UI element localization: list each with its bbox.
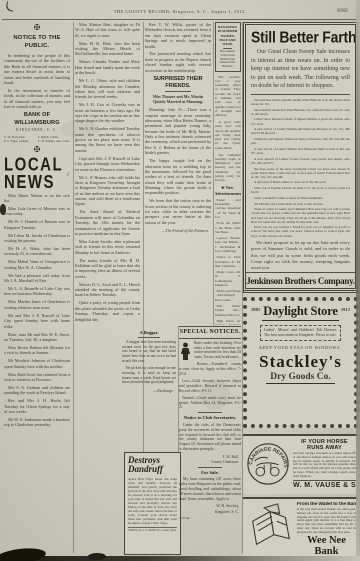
club-notice-signature2: County Chairman. bbox=[181, 460, 239, 465]
ayers-body: Ayer's Hair Vigor keeps the scalp clean … bbox=[128, 477, 177, 525]
vause-text-block: IF YOUR HORSE RUNS AWAY and your carriag… bbox=[293, 439, 356, 494]
local-news-item: Born, unto Mr and Mrs W. E. Snow, on Tue… bbox=[4, 332, 70, 343]
new-ad-item: Notice to Club Secretaries—F. M. Hall, C… bbox=[215, 255, 241, 268]
vause-body: and your carriage is broken, or a wheel … bbox=[293, 452, 356, 478]
wee-nee-bank-ad: From the Wallet to the Bank is the way h… bbox=[243, 497, 358, 557]
daylight-windows-line: KEEP YOUR EYES ON WINDOWS. bbox=[251, 345, 350, 350]
for-sale-signature: W. H. Stuckey, bbox=[181, 504, 239, 509]
for-sale-signature2: Kingstree, S. C. bbox=[181, 510, 239, 515]
special-notices-intro: Rates under this heading: Five cents a l… bbox=[194, 341, 241, 360]
cross-ornament-icon: ✠ bbox=[4, 23, 70, 33]
news-paragraph: Rev T. W. Willis, pastor of the Methodis… bbox=[145, 22, 211, 49]
scan-edge-right bbox=[356, 0, 360, 561]
special-notices-column: SPECIAL NOTICES. Rates under this headin… bbox=[179, 326, 241, 556]
ayers-footer: Made by the J. C. AYER CO., Lowell, Mass… bbox=[128, 527, 177, 532]
news-paragraph: We learn that the cotton crop in the low… bbox=[145, 198, 211, 225]
local-news-title: LOCAL NEWS bbox=[4, 156, 63, 190]
article-title: SURPRISED THEIR FRIENDS. bbox=[145, 76, 211, 90]
local-news-item: Mr Lilton M. Jacobs of Charleston is vis… bbox=[4, 233, 70, 244]
daylight-year-right: 1912 bbox=[341, 307, 350, 312]
scan-smudge bbox=[60, 120, 100, 138]
new-ad-item: Mules and Horses—McCullough Bros, Lanes. bbox=[215, 289, 241, 302]
jenkinson-intro: Our Great Clean Sweep Sale increases in … bbox=[251, 48, 350, 91]
weenee-body: is the way hard earned money too often g… bbox=[297, 508, 356, 534]
scan-edge-bottom bbox=[0, 556, 360, 561]
new-ad-item: Still Better Farther On—Jenkinson Bros C… bbox=[215, 304, 241, 317]
column-rule bbox=[213, 22, 214, 326]
jenkinson-item: We have some of the most wonderful value… bbox=[251, 167, 350, 179]
stackleys-sub: Dry Goods Co. bbox=[266, 372, 335, 384]
new-advertisements-heading: ☛ New Advertisements. bbox=[215, 185, 241, 195]
column-3: Rev T. W. Willis, pastor of the Methodis… bbox=[145, 22, 211, 324]
news-paragraph: Capt and Mrs J. P. Russell of Lake City … bbox=[75, 156, 140, 172]
weenee-company: Wee Nee Bank bbox=[297, 535, 356, 557]
local-news-items: Miss Marie Nelson is on the sick list.Mi… bbox=[4, 193, 70, 428]
weenee-text-block: From the Wallet to the Bank is the way h… bbox=[297, 502, 356, 557]
local-news-item: Miss Lula Greer of Monroe was in town to… bbox=[4, 206, 70, 217]
notice-paragraph: In the investment or transfer of funds, … bbox=[4, 88, 70, 110]
new-ad-item: High Prices for Tobacco—Farmers Warehous… bbox=[215, 319, 241, 325]
club-notice-signature: F. M. Hall, bbox=[181, 455, 239, 460]
local-news-item: Miss Mabel Vann of Georgetown is visitin… bbox=[4, 259, 70, 270]
jenkinson-item: A nice line of Bolero Silks to close out… bbox=[251, 180, 350, 184]
new-ad-item: Expert and Reasonable Carriage Repairing… bbox=[215, 198, 241, 219]
jenkinson-item-list: One hundred dozen splendid quality Pearl… bbox=[251, 98, 350, 238]
jenkinson-company: Jenkinson Brothers Company. bbox=[246, 272, 355, 288]
news-paragraph: The State Board of Medical Examiners wil… bbox=[75, 209, 140, 236]
news-paragraph: Messrs D. C. Scott and E. L. Hirsch atte… bbox=[75, 282, 140, 298]
classified-item: Rooms—Furnished rooms to rent, close in.… bbox=[179, 362, 241, 377]
for-sale-title: For Sale. bbox=[179, 470, 241, 476]
for-sale-body: My farm containing 147 acres, three mile… bbox=[179, 477, 241, 501]
local-news-item: Mr Moultrie Johnson of Charleston spent … bbox=[4, 358, 70, 369]
local-news-item: Mr W. J. Daniels of Benson was in Kingst… bbox=[4, 219, 70, 230]
scan-mark bbox=[5, 1, 15, 11]
jenkinson-item: Children's and Misses' Nainsook Slips or… bbox=[251, 137, 350, 145]
masthead-dateline: THE COUNTY RECORD, Kingstree, S. C., Aug… bbox=[30, 9, 330, 14]
local-news-item: Miss Ruth Scott has returned from a visi… bbox=[4, 372, 70, 383]
daylight-store-ad: 1881 Daylight Store 1912 Ladies', Misses… bbox=[243, 297, 358, 428]
beggar-title: A Beggar. bbox=[122, 330, 176, 336]
news-paragraph: Mr L. C. Olsen, wife and children left M… bbox=[75, 78, 140, 100]
article-body: The happy couple left on the afternoon t… bbox=[145, 158, 211, 196]
newspaper-page: THE COUNTY RECORD, Kingstree, S. C., Aug… bbox=[0, 0, 360, 561]
article-subtitle: Miss Thames and Mr. Martin Quietly Marri… bbox=[149, 94, 207, 104]
daylight-box-text: Ladies', Misses' and Children's Tub Dres… bbox=[260, 325, 341, 341]
beggar-body: He picked up coin enough in one morning,… bbox=[122, 366, 176, 385]
club-notice-body: Under the rules of the Democratic party … bbox=[179, 423, 241, 452]
attribution-line: —The Friend of the Farmers. bbox=[147, 228, 209, 233]
new-ad-item: Magic Cure—Dr W. F. Southampton, Kingstr… bbox=[215, 270, 241, 287]
local-news-item: Mr H. A. Watts, who has been seriously i… bbox=[4, 246, 70, 257]
rooster-illustration bbox=[66, 159, 70, 189]
stackleys-name: Stackley's bbox=[251, 352, 350, 372]
local-news-item: Mr W. E. Jenkinson made a business trip … bbox=[4, 417, 70, 428]
ayers-hair-vigor-ad: Destroys Dandruff Ayer's Hair Vigor keep… bbox=[124, 452, 181, 555]
local-news-logo: LOCAL NEWS bbox=[4, 159, 70, 189]
news-paragraph: Hot weathers have a very weakening effec… bbox=[215, 75, 241, 118]
daylight-title: Daylight Store bbox=[262, 304, 339, 321]
news-paragraph: Miss Marion Hart, daughter of Dr W. S. H… bbox=[75, 22, 140, 38]
section-rule bbox=[198, 412, 223, 413]
article-rule bbox=[165, 91, 191, 92]
figure-illustration bbox=[179, 342, 192, 363]
jenkinson-item: Some wonderful values to show in Dress G… bbox=[251, 196, 350, 200]
scan-smudge bbox=[88, 553, 106, 560]
weather-box-sub: How Augusta Clark Found Health in the Fa… bbox=[217, 50, 238, 68]
column-3-lower: A Beggar. A beggar who has been knocking… bbox=[122, 328, 176, 450]
page-number: NINE bbox=[337, 9, 348, 14]
beggar-rule bbox=[138, 337, 160, 338]
column-4: RUN DOWN IN SUMMER WOMEN PALE AND WEAK H… bbox=[215, 22, 241, 325]
special-notices-heading: SPECIAL NOTICES. bbox=[179, 326, 241, 339]
bank-officer: E. C. Epps, Cashier. bbox=[4, 139, 36, 143]
beggar-body: A beggar who has been knocking around to… bbox=[122, 340, 176, 364]
carriage-repairs-emblem: CARRIAGE REPAIRS bbox=[245, 439, 291, 487]
weather-box-rule bbox=[223, 48, 231, 49]
new-ad-item: From the Wallet to the Bank—Wee Nee Bank… bbox=[215, 221, 241, 234]
weather-notice-box: RUN DOWN IN SUMMER WOMEN PALE AND WEAK H… bbox=[215, 22, 241, 72]
article-surprised-friends: SURPRISED THEIR FRIENDS. Miss Thames and… bbox=[145, 76, 211, 196]
masthead-rule bbox=[2, 19, 358, 20]
jenkinson-ad: Still Better Farther On Our Great Clean … bbox=[243, 22, 358, 293]
jenkinson-item: All Muslins and Lawns must be sold. Come… bbox=[251, 202, 350, 206]
article-body: Manning, July 31:—There was a surprise m… bbox=[145, 107, 211, 155]
local-news-item: Miss Marie Nelson is on the sick list. bbox=[4, 193, 70, 204]
local-news-item: Mr and Mrs J. P. Russell of Lake City sp… bbox=[4, 313, 70, 329]
new-ad-item: Cypress Boards, Sash and Blinds—L. Richa… bbox=[215, 236, 241, 253]
jenkinson-item: A new arrival of Ladies' Muslin and Nain… bbox=[251, 147, 350, 155]
scan-mark bbox=[0, 204, 6, 215]
local-news-item: Mrs S. A. Graham and children are spendi… bbox=[4, 385, 70, 396]
jenkinson-item: A new special of Ladies' Corset Covers, … bbox=[251, 157, 350, 165]
jenkinson-item: Ladies' short Kimonos made of figured Mu… bbox=[251, 117, 350, 125]
club-notice-title: Notice to Club Secretaries. bbox=[179, 415, 241, 421]
column-rule bbox=[73, 22, 74, 553]
personals-items: Miss Marion Hart, daughter of Dr W. S. H… bbox=[75, 22, 140, 322]
news-paragraph: The protracted meeting which has been in… bbox=[145, 51, 211, 73]
daylight-title-row: 1881 Daylight Store 1912 bbox=[251, 304, 350, 321]
section-rule bbox=[198, 467, 223, 468]
for-sale-code: 7-18-4tp bbox=[179, 516, 241, 520]
jenkinson-company-strip: Jenkinson Brothers Company. bbox=[243, 272, 358, 291]
local-news-item: Miss Bessie Britton left Monday for a vi… bbox=[4, 345, 70, 356]
news-paragraph: A good tonic taken now will restore the … bbox=[215, 120, 241, 150]
vause-title: IF YOUR HORSE RUNS AWAY bbox=[293, 439, 356, 451]
new-advertisements-label: New Advertisements. bbox=[215, 185, 241, 195]
jenkinson-item: One hundred dozen splendid quality Pearl… bbox=[251, 98, 350, 106]
jenkinson-rule bbox=[251, 94, 350, 95]
news-paragraph: Quite a party of young people from this … bbox=[75, 300, 140, 322]
local-news-line2: NEWS bbox=[4, 174, 63, 191]
notice-paragraph: In tendering to the people of this commu… bbox=[4, 53, 70, 85]
special-notices-intro-wrap: Rates under this heading: Five cents a l… bbox=[179, 341, 241, 360]
jenkinson-item: A new arrival of Ladies' Muslin and Nain… bbox=[251, 127, 350, 135]
news-paragraph: Misses Claudia Tisdale and Mary Hart Arn… bbox=[75, 59, 140, 75]
jenkinson-item: One hundred dozen best Pearl Buttons eve… bbox=[251, 108, 350, 116]
local-news-item: Miss Martha Jones of Charleston is visit… bbox=[4, 299, 70, 310]
vause-company: W. M. VAUSE & SON. bbox=[293, 480, 356, 489]
news-paragraph: Miss Carrie Swails, after a pleasant vis… bbox=[75, 239, 140, 255]
bank-officer: C. W. Kinder, Asst. Cash. bbox=[38, 139, 70, 143]
news-paragraph: The campaign meetings begin at Hemingway… bbox=[215, 153, 241, 183]
bank-name: BANK OF WILLIAMSBURG bbox=[4, 112, 70, 126]
jenkinson-item: Don't you say you wanted a Trunk for you… bbox=[251, 225, 350, 237]
news-paragraph: Mr L. P. Hinson, who still holds his far… bbox=[75, 175, 140, 207]
new-advertisements-list: Expert and Reasonable Carriage Repairing… bbox=[215, 198, 241, 325]
ayers-title-line2: Dandruff bbox=[128, 465, 177, 474]
wallet-illustration bbox=[245, 502, 295, 552]
weather-box-head2: WOMEN PALE AND WEAK bbox=[217, 34, 238, 47]
news-paragraph: The many friends of Mrs R. H. Kellahan w… bbox=[75, 258, 140, 280]
jenkinson-item: When it comes to Gents' and Children's H… bbox=[251, 207, 350, 223]
local-news-item: Mr L. S. Brunelle of Lake City was here … bbox=[4, 286, 70, 297]
news-paragraph: Miss H. B. Hale, who has been visiting t… bbox=[75, 41, 140, 57]
local-news-item: We had a pleasant call today from Mr J. … bbox=[4, 273, 70, 284]
column-1: ✠ NOTICE TO THE PUBLIC. In tendering to … bbox=[4, 22, 70, 556]
jenkinson-item: Still a lot of Pajama Checks on hand at … bbox=[251, 186, 350, 194]
jenkinson-title: Still Better Farther On bbox=[251, 28, 350, 46]
vause-carriage-ad: CARRIAGE REPAIRS IF YOUR HORSE RUNS AWAY… bbox=[243, 434, 358, 494]
daylight-year-left: 1881 bbox=[251, 307, 260, 312]
bank-officers: C. W. Stoll, Pres.F. Rhem, V-Pres.E. C. … bbox=[4, 135, 70, 144]
weather-box-head1: RUN DOWN IN SUMMER bbox=[217, 25, 238, 34]
notice-title: NOTICE TO THE PUBLIC. bbox=[4, 35, 70, 50]
jenkinson-closing: We don't propose to let up on this Sale … bbox=[251, 240, 350, 272]
attribution-line: —Exchange. bbox=[124, 388, 174, 393]
local-news-item: Rev and Mrs J. H. Hucks left Tuesday for… bbox=[4, 398, 70, 414]
scan-smudge bbox=[200, 380, 230, 410]
